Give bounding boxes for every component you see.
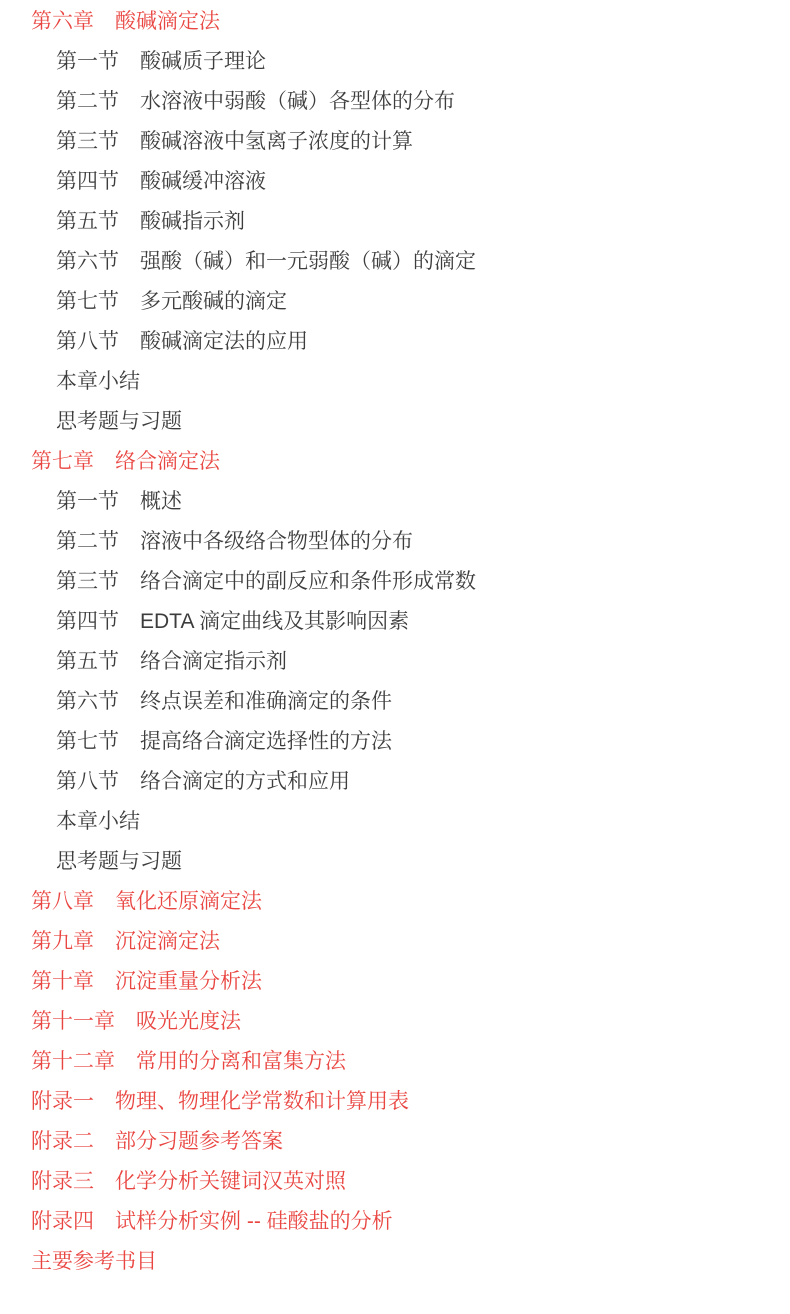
toc-entry-label: 第一节 酸碱质子理论	[56, 50, 266, 73]
toc-entry-label: 第七章 络合滴定法	[31, 450, 220, 473]
toc-entry-label: 第十二章 常用的分离和富集方法	[31, 1050, 346, 1073]
toc-entry-section[interactable]: 第八节 络合滴定的方式和应用	[0, 762, 790, 802]
toc-entry-label: 本章小结	[56, 370, 140, 393]
toc-entry-label: 第三节 络合滴定中的副反应和条件形成常数	[56, 570, 476, 593]
toc-entry-label: 第十章 沉淀重量分析法	[31, 970, 262, 993]
toc-entry-label: 第五节 酸碱指示剂	[56, 210, 245, 233]
toc-entry-section[interactable]: 本章小结	[0, 802, 790, 842]
toc-entry-section[interactable]: 第四节 EDTA 滴定曲线及其影响因素	[0, 602, 790, 642]
toc-entry-chapter[interactable]: 主要参考书目	[0, 1242, 790, 1282]
toc-entry-section[interactable]: 第一节 酸碱质子理论	[0, 42, 790, 82]
toc-entry-label: 第八节 酸碱滴定法的应用	[56, 330, 308, 353]
toc-entry-section[interactable]: 第七节 提高络合滴定选择性的方法	[0, 722, 790, 762]
toc-entry-label: 附录四 试样分析实例 -- 硅酸盐的分析	[31, 1210, 393, 1233]
toc-entry-label: 第一节 概述	[56, 490, 182, 513]
toc-entry-section[interactable]: 第四节 酸碱缓冲溶液	[0, 162, 790, 202]
toc-entry-label: 第十一章 吸光光度法	[31, 1010, 241, 1033]
toc-entry-label: 第八章 氧化还原滴定法	[31, 890, 262, 913]
toc-entry-label: 第九章 沉淀滴定法	[31, 930, 220, 953]
toc-entry-label: 第六节 终点误差和准确滴定的条件	[56, 690, 392, 713]
toc-entry-section[interactable]: 第六节 终点误差和准确滴定的条件	[0, 682, 790, 722]
toc-entry-chapter[interactable]: 第六章 酸碱滴定法	[0, 2, 790, 42]
toc-entry-label: 第五节 络合滴定指示剂	[56, 650, 287, 673]
toc-entry-section[interactable]: 第八节 酸碱滴定法的应用	[0, 322, 790, 362]
toc-entry-chapter[interactable]: 第九章 沉淀滴定法	[0, 922, 790, 962]
toc-entry-label: 思考题与习题	[56, 410, 182, 433]
toc-entry-section[interactable]: 第七节 多元酸碱的滴定	[0, 282, 790, 322]
toc-entry-label: 第八节 络合滴定的方式和应用	[56, 770, 350, 793]
toc-entry-label: 第四节 酸碱缓冲溶液	[56, 170, 266, 193]
toc-entry-chapter[interactable]: 第八章 氧化还原滴定法	[0, 882, 790, 922]
toc-entry-chapter[interactable]: 附录二 部分习题参考答案	[0, 1122, 790, 1162]
toc-entry-section[interactable]: 思考题与习题	[0, 402, 790, 442]
toc-entry-label: 思考题与习题	[56, 850, 182, 873]
toc-entry-section[interactable]: 本章小结	[0, 362, 790, 402]
toc-entry-chapter[interactable]: 第十一章 吸光光度法	[0, 1002, 790, 1042]
toc-entry-section[interactable]: 第二节 溶液中各级络合物型体的分布	[0, 522, 790, 562]
toc-entry-label: 本章小结	[56, 810, 140, 833]
toc-entry-label: 第七节 多元酸碱的滴定	[56, 290, 287, 313]
toc-entry-chapter[interactable]: 附录四 试样分析实例 -- 硅酸盐的分析	[0, 1202, 790, 1242]
toc-entry-section[interactable]: 第一节 概述	[0, 482, 790, 522]
toc-entry-label: 第六节 强酸（碱）和一元弱酸（碱）的滴定	[56, 250, 476, 273]
toc-entry-label: 第六章 酸碱滴定法	[31, 10, 220, 33]
toc-entry-chapter[interactable]: 附录一 物理、物理化学常数和计算用表	[0, 1082, 790, 1122]
toc-entry-chapter[interactable]: 第十章 沉淀重量分析法	[0, 962, 790, 1002]
toc-entry-section[interactable]: 第三节 酸碱溶液中氢离子浓度的计算	[0, 122, 790, 162]
toc-entry-section[interactable]: 第二节 水溶液中弱酸（碱）各型体的分布	[0, 82, 790, 122]
toc-entry-section[interactable]: 第六节 强酸（碱）和一元弱酸（碱）的滴定	[0, 242, 790, 282]
toc-entry-label: 主要参考书目	[31, 1250, 157, 1273]
toc-entry-label: 第七节 提高络合滴定选择性的方法	[56, 730, 392, 753]
toc-entry-chapter[interactable]: 第七章 络合滴定法	[0, 442, 790, 482]
toc-entry-label: 附录一 物理、物理化学常数和计算用表	[31, 1090, 409, 1113]
table-of-contents: 第六章 酸碱滴定法第一节 酸碱质子理论第二节 水溶液中弱酸（碱）各型体的分布第三…	[0, 0, 790, 1282]
toc-entry-label: 第四节 EDTA 滴定曲线及其影响因素	[56, 610, 409, 633]
toc-entry-section[interactable]: 第三节 络合滴定中的副反应和条件形成常数	[0, 562, 790, 602]
toc-entry-label: 附录二 部分习题参考答案	[31, 1130, 283, 1153]
toc-entry-label: 第二节 溶液中各级络合物型体的分布	[56, 530, 413, 553]
toc-entry-chapter[interactable]: 附录三 化学分析关键词汉英对照	[0, 1162, 790, 1202]
toc-entry-section[interactable]: 第五节 络合滴定指示剂	[0, 642, 790, 682]
toc-entry-label: 第三节 酸碱溶液中氢离子浓度的计算	[56, 130, 413, 153]
toc-entry-label: 第二节 水溶液中弱酸（碱）各型体的分布	[56, 90, 455, 113]
toc-entry-chapter[interactable]: 第十二章 常用的分离和富集方法	[0, 1042, 790, 1082]
toc-entry-section[interactable]: 思考题与习题	[0, 842, 790, 882]
toc-entry-section[interactable]: 第五节 酸碱指示剂	[0, 202, 790, 242]
toc-entry-label: 附录三 化学分析关键词汉英对照	[31, 1170, 346, 1193]
